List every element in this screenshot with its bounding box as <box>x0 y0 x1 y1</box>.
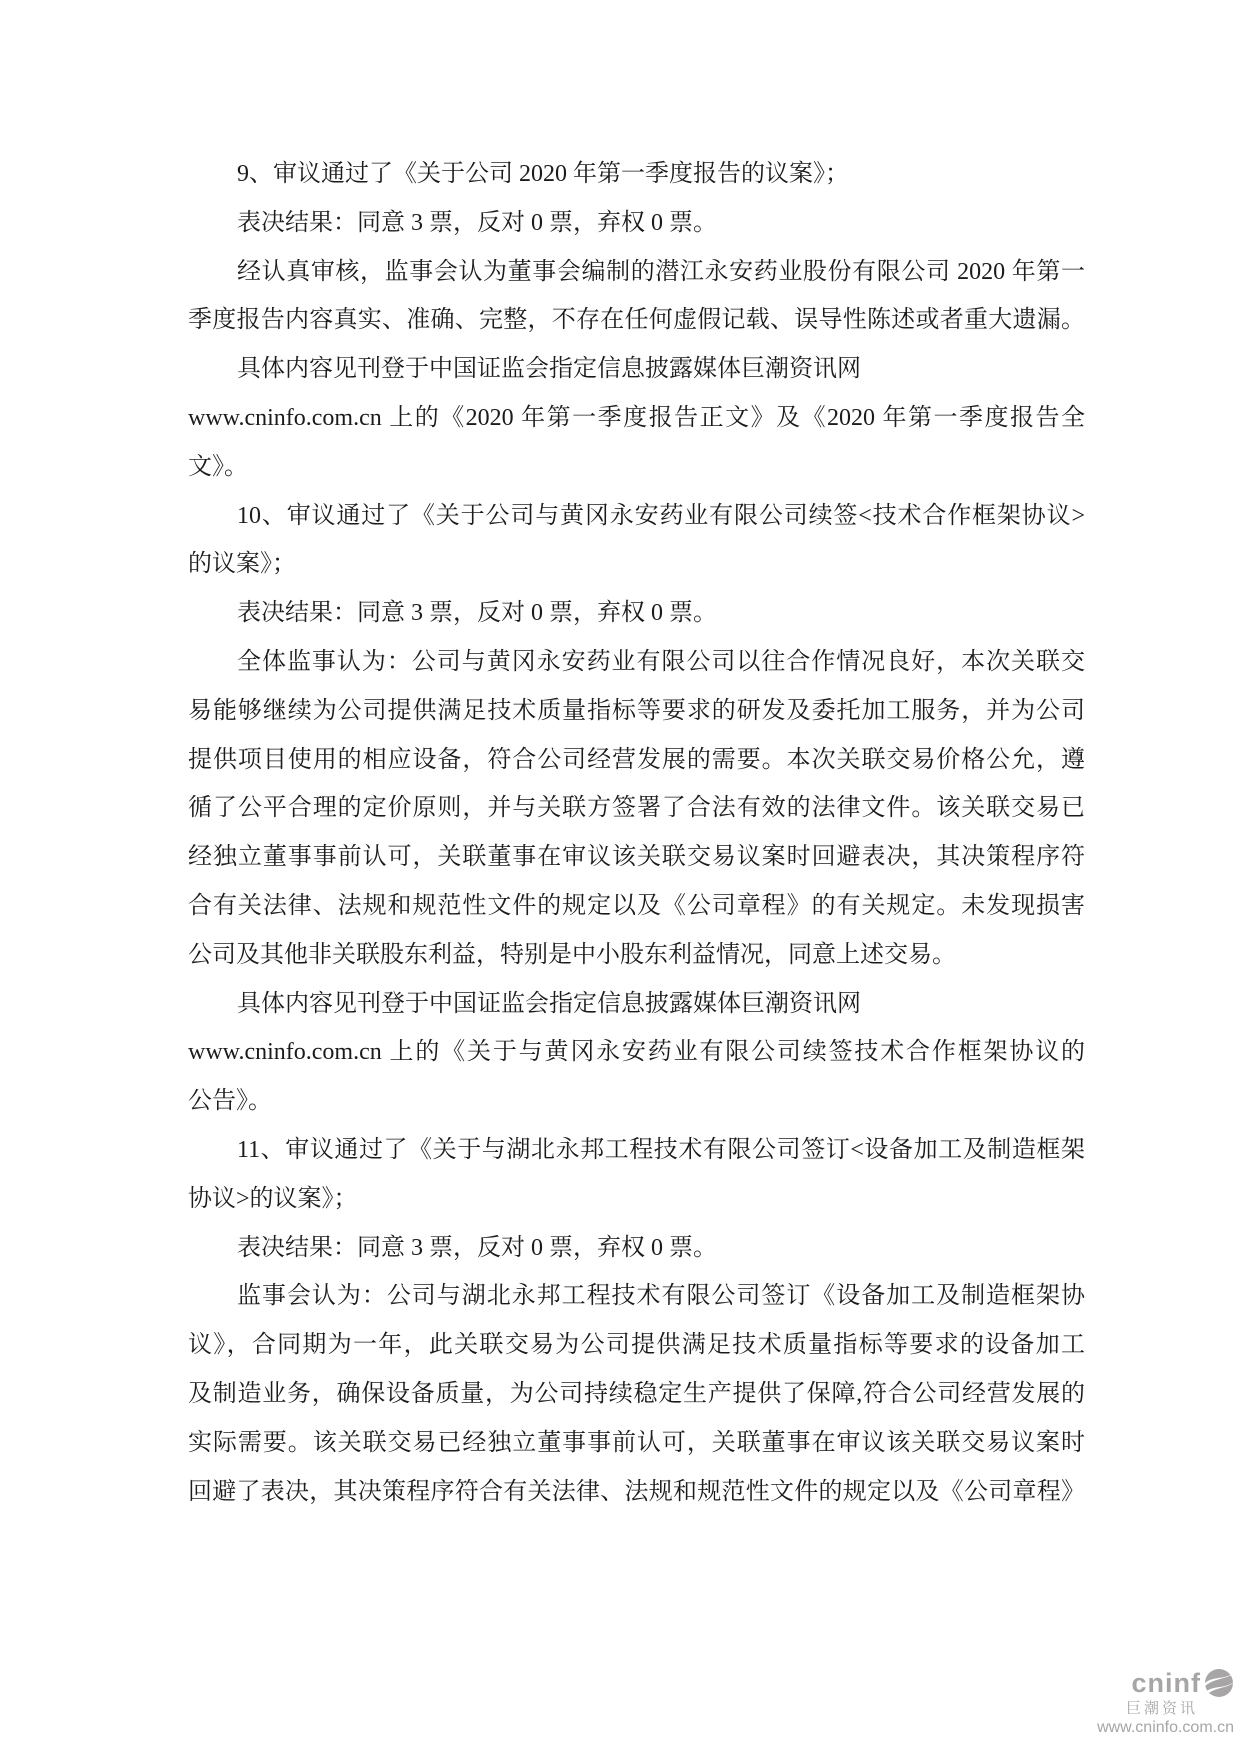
text-line: 表决结果：同意 3 票，反对 0 票，弃权 0 票。 <box>188 199 1085 248</box>
text-line: 表决结果：同意 3 票，反对 0 票，弃权 0 票。 <box>188 589 1085 638</box>
text-line: 11、审议通过了《关于与湖北永邦工程技术有限公司签订<设备加工及制造框架 <box>188 1126 1085 1175</box>
text-line: 监事会认为：公司与湖北永邦工程技术有限公司签订《设备加工及制造框架协 <box>188 1272 1085 1321</box>
text-line: 表决结果：同意 3 票，反对 0 票，弃权 0 票。 <box>188 1224 1085 1273</box>
text-line: 经独立董事事前认可，关联董事在审议该关联交易议案时回避表决，其决策程序符 <box>188 833 1085 882</box>
text-line: 循了公平合理的定价原则，并与关联方签署了合法有效的法律文件。该关联交易已 <box>188 784 1085 833</box>
cninfo-url: www.cninfo.com.cn <box>1097 1720 1234 1736</box>
text-line: 公司及其他非关联股东利益，特别是中小股东利益情况，同意上述交易。 <box>188 931 1085 980</box>
text-line: 易能够继续为公司提供满足技术质量指标等要求的研发及委托加工服务，并为公司 <box>188 687 1085 736</box>
document-lines: 9、审议通过了《关于公司 2020 年第一季度报告的议案》；表决结果：同意 3 … <box>188 150 1085 1516</box>
text-line: 合有关法律、法规和规范性文件的规定以及《公司章程》的有关规定。未发现损害 <box>188 882 1085 931</box>
cninfo-logo: cninf <box>1097 1668 1234 1698</box>
text-line: www.cninfo.com.cn 上的《关于与黄冈永安药业有限公司续签技术合作… <box>188 1028 1085 1077</box>
cninfo-watermark: cninf 巨潮资讯 www.cninfo.com.cn <box>1097 1668 1234 1736</box>
text-line: 具体内容见刊登于中国证监会指定信息披露媒体巨潮资讯网 <box>188 980 1085 1029</box>
text-line: 实际需要。该关联交易已经独立董事事前认可，关联董事在审议该关联交易议案时 <box>188 1419 1085 1468</box>
text-line: 议》，合同期为一年，此关联交易为公司提供满足技术质量指标等要求的设备加工 <box>188 1321 1085 1370</box>
text-line: www.cninfo.com.cn 上的《2020 年第一季度报告正文》及《20… <box>188 394 1085 443</box>
text-line: 季度报告内容真实、准确、完整，不存在任何虚假记载、误导性陈述或者重大遗漏。 <box>188 296 1085 345</box>
text-line: 经认真审核，监事会认为董事会编制的潜江永安药业股份有限公司 2020 年第一 <box>188 248 1085 297</box>
text-line: 9、审议通过了《关于公司 2020 年第一季度报告的议案》； <box>188 150 1085 199</box>
document-page: 9、审议通过了《关于公司 2020 年第一季度报告的议案》；表决结果：同意 3 … <box>0 0 1241 1754</box>
text-line: 提供项目使用的相应设备，符合公司经营发展的需要。本次关联交易价格公允，遵 <box>188 736 1085 785</box>
text-line: 及制造业务，确保设备质量，为公司持续稳定生产提供了保障,符合公司经营发展的 <box>188 1370 1085 1419</box>
cninfo-logo-text: cninf <box>1132 1670 1202 1697</box>
text-line: 具体内容见刊登于中国证监会指定信息披露媒体巨潮资讯网 <box>188 345 1085 394</box>
cninfo-chinese-label: 巨潮资讯 <box>1097 1701 1198 1716</box>
text-line: 回避了表决，其决策程序符合有关法律、法规和规范性文件的规定以及《公司章程》 <box>188 1468 1085 1517</box>
text-line: 公告》。 <box>188 1077 1085 1126</box>
text-line: 文》。 <box>188 443 1085 492</box>
text-line: 10、审议通过了《关于公司与黄冈永安药业有限公司续签<技术合作框架协议> <box>188 492 1085 541</box>
text-line: 协议>的议案》； <box>188 1175 1085 1224</box>
text-line: 全体监事认为：公司与黄冈永安药业有限公司以往合作情况良好，本次关联交 <box>188 638 1085 687</box>
text-line: 的议案》； <box>188 540 1085 589</box>
cninfo-swoosh-icon <box>1204 1668 1234 1698</box>
